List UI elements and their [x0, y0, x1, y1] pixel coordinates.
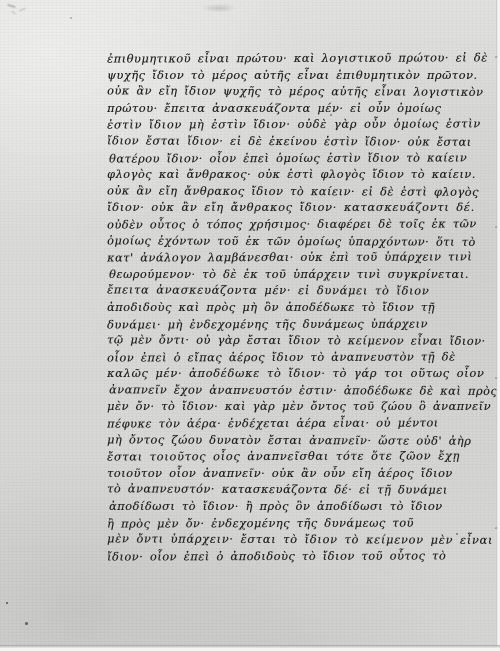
manuscript-line: δυνάμει· μὴ ἐνδεχομένης τῆς δυνάμεως ὑπά… — [107, 316, 452, 334]
manuscript-line: οὐδὲν οὗτος ὁ τόπος χρήσιμος· διαφέρει δ… — [107, 216, 452, 234]
manuscript-line: ἐστὶν ἴδιον μὴ ἐστὶν ἴδιον· οὐδὲ γὰρ οὖν… — [107, 117, 452, 135]
manuscript-line: ἐπιθυμητικοῦ εἶναι πρώτου· καὶ λογιστικο… — [107, 50, 452, 68]
manuscript-line: θεωρούμενον· τὸ δὲ ἐκ τοῦ ὑπάρχειν τινὶ … — [109, 267, 452, 284]
manuscript-line: οὐκ ἂν εἴη ἴδιον ψυχῆς τὸ μέρος αὐτῆς εἶ… — [107, 84, 452, 102]
dust-speck — [70, 17, 72, 19]
manuscript-line: τῷ μὲν ὄντι· οὐ γὰρ ἔσται ἴδιον τὸ κείμε… — [107, 332, 452, 350]
photo-border-right — [496, 0, 500, 651]
manuscript-line: θατέρου ἴδιον· οἷον ἐπεὶ ὁμοίως ἐστὶν ἴδ… — [109, 150, 452, 168]
pencil-mark — [19, 8, 26, 12]
manuscript-line: ἔσται τοιοῦτος οἷος ἀναπνεῖσθαι τότε ὅτε… — [107, 449, 452, 467]
manuscript-line: ἀποδίδωσι τὸ ἴδιον· ἢ πρὸς ὃν ἀποδίδωσι … — [109, 499, 452, 516]
manuscript-line: ἴδιον· οὐκ ἂν εἴη ἄνθρακος ἴδιον· κατασκ… — [107, 200, 452, 217]
manuscript-line: πρώτου· ἔπειτα ἀνασκευάζοντα μέν· εἰ οὖν… — [107, 101, 452, 118]
manuscript-line: κατ' ἀνάλογον λαμβάνεσθαι· οὐκ ἐπὶ τοῦ ὑ… — [107, 250, 452, 268]
manuscript-line: τοιοῦτον οἷον ἀναπνεῖν· οὐκ ἂν οὖν εἴη ἀ… — [107, 466, 452, 483]
manuscript-line: ἔπειτα ἀνασκευάζοντα μέν· εἰ δυνάμει τὸ … — [107, 283, 452, 301]
manuscript-line: μὲν ὄντι ὑπάρχειν· ἔσται τὸ ἴδιον τὸ κεί… — [107, 532, 452, 550]
dust-speck — [6, 602, 8, 604]
ink-smudge — [196, 2, 242, 14]
manuscript-line: τὸ ἀναπνευστόν· κατασκευάζοντα δέ· εἰ τῇ… — [107, 482, 452, 500]
manuscript-line: μὴ ὄντος ζώου δυνατὸν ἔσται ἀναπνεῖν· ὥσ… — [107, 432, 452, 450]
manuscript-line: πέφυκε τὸν ἀέρα· ἐνδέχεται ἀέρα εἶναι· ο… — [107, 416, 452, 434]
manuscript-line: μὲν ὄν· τὸ ἴδιον· καὶ γὰρ μὲν ὄντος τοῦ … — [107, 399, 452, 416]
manuscript-line: ἴδιον ἔσται ἴδιον· εἰ δὲ ἐκείνου ἐστὶν ἴ… — [107, 133, 452, 151]
manuscript-line: οἷον ἐπεὶ ὁ εἴπας ἀέρος ἴδιον τὸ ἀναπνευ… — [107, 349, 452, 367]
manuscript-line: ὁμοίως ἐχόντων τοῦ ἐκ τῶν ὁμοίως ὑπαρχόν… — [107, 233, 452, 251]
manuscript-line: ἀποδιδοὺς καὶ πρὸς μὴ ὂν ἀποδέδωκε τὸ ἴδ… — [107, 300, 452, 317]
manuscript-line: ἢ πρὸς μὲν ὄν· ἐνδεχομένης τῆς δυνάμεως … — [107, 515, 452, 533]
pencil-mark — [11, 11, 16, 15]
dust-speck — [25, 622, 28, 625]
manuscript-text-block: ἐπιθυμητικοῦ εἶναι πρώτου· καὶ λογιστικο… — [107, 51, 452, 565]
dust-speck — [330, 114, 332, 116]
dust-speck — [456, 533, 458, 535]
photo-border-bottom — [0, 645, 500, 651]
manuscript-line: καλῶς μέν· ἀποδέδωκε τὸ ἴδιον· τὸ γάρ το… — [107, 366, 452, 383]
manuscript-line: οὐκ ἂν εἴη ἄνθρακος ἴδιον τὸ καίειν· εἰ … — [107, 183, 452, 201]
pencil-mark — [7, 4, 16, 8]
manuscript-line: φλογὸς καὶ ἄνθρακος· οὐκ ἐστὶ φλογὸς ἴδι… — [107, 167, 452, 184]
manuscript-photo: ἐπιθυμητικοῦ εἶναι πρώτου· καὶ λογιστικο… — [0, 0, 500, 651]
manuscript-line: ἴδιον· οἷον ἐπεὶ ὁ ἀποδιδοὺς τὸ ἴδιον το… — [107, 548, 452, 566]
manuscript-line: ψυχῆς ἴδιον τὸ μέρος αὐτῆς εἶναι ἐπιθυμη… — [107, 68, 452, 85]
manuscript-line: ἀναπνεῖν ἔχον ἀναπνευστόν ἐστιν· ἀποδέδω… — [109, 382, 452, 400]
